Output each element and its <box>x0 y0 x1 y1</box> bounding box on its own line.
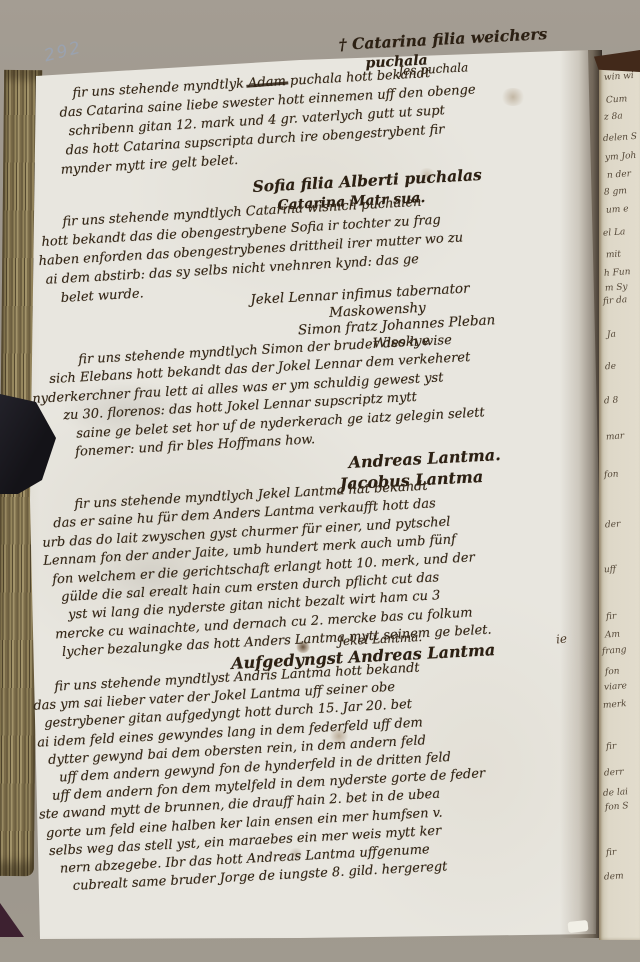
facing-fragment: win wi <box>604 71 634 83</box>
facing-fragment: fir <box>606 742 617 753</box>
facing-fragment: viare <box>604 681 628 693</box>
facing-fragment: Am <box>605 629 621 640</box>
facing-fragment: 8 gm <box>604 186 628 198</box>
facing-fragment: uff <box>604 565 617 576</box>
facing-fragment: el La <box>603 227 626 239</box>
facing-fragment: dem <box>604 871 624 882</box>
paragraph-1: fir uns stehende myndtlyk Adam puchala h… <box>72 62 479 179</box>
paragraph-5: fir uns stehende myndtlyst Andris Lantma… <box>28 656 490 898</box>
facing-fragment: m Sy <box>605 282 628 294</box>
p1-struck-word: Adam <box>248 74 287 91</box>
facing-fragment: mar <box>606 431 625 442</box>
facing-fragment: fon <box>605 667 620 678</box>
facing-fragment: Ja <box>607 330 617 341</box>
facing-fragment: der <box>605 519 621 530</box>
facing-fragment: z 8a <box>604 111 623 122</box>
facing-fragment: d 8 <box>604 396 619 407</box>
facing-fragment: fir <box>606 848 617 859</box>
paper-sliver <box>567 920 588 933</box>
cross-mark: † <box>338 34 352 54</box>
facing-fragment: de lai <box>603 787 629 799</box>
facing-fragment: n der <box>607 169 632 181</box>
facing-fragment: Cum <box>606 94 628 105</box>
facing-fragment: fon <box>604 470 619 481</box>
handwritten-text-layer: † Catarina filia weichers puchala Jes pu… <box>0 0 640 962</box>
facing-fragment: de <box>605 362 617 373</box>
facing-fragment: mit <box>606 249 622 260</box>
facing-fragment: fir <box>606 612 617 623</box>
manuscript-photo: 292 † Catarina filia weichers puchala Je… <box>0 0 640 962</box>
facing-fragment: merk <box>603 699 627 711</box>
facing-fragment: fon S <box>605 801 629 813</box>
facing-fragment: derr <box>604 767 624 778</box>
facing-fragment: um e <box>606 204 629 216</box>
facing-fragment: h Fun <box>604 267 631 279</box>
gutter-shadow <box>560 50 602 938</box>
paragraph-3: fir uns stehende myndtlych Simon der bru… <box>30 330 486 464</box>
facing-fragment: fir da <box>603 295 628 307</box>
facing-fragment: frang <box>602 645 627 657</box>
